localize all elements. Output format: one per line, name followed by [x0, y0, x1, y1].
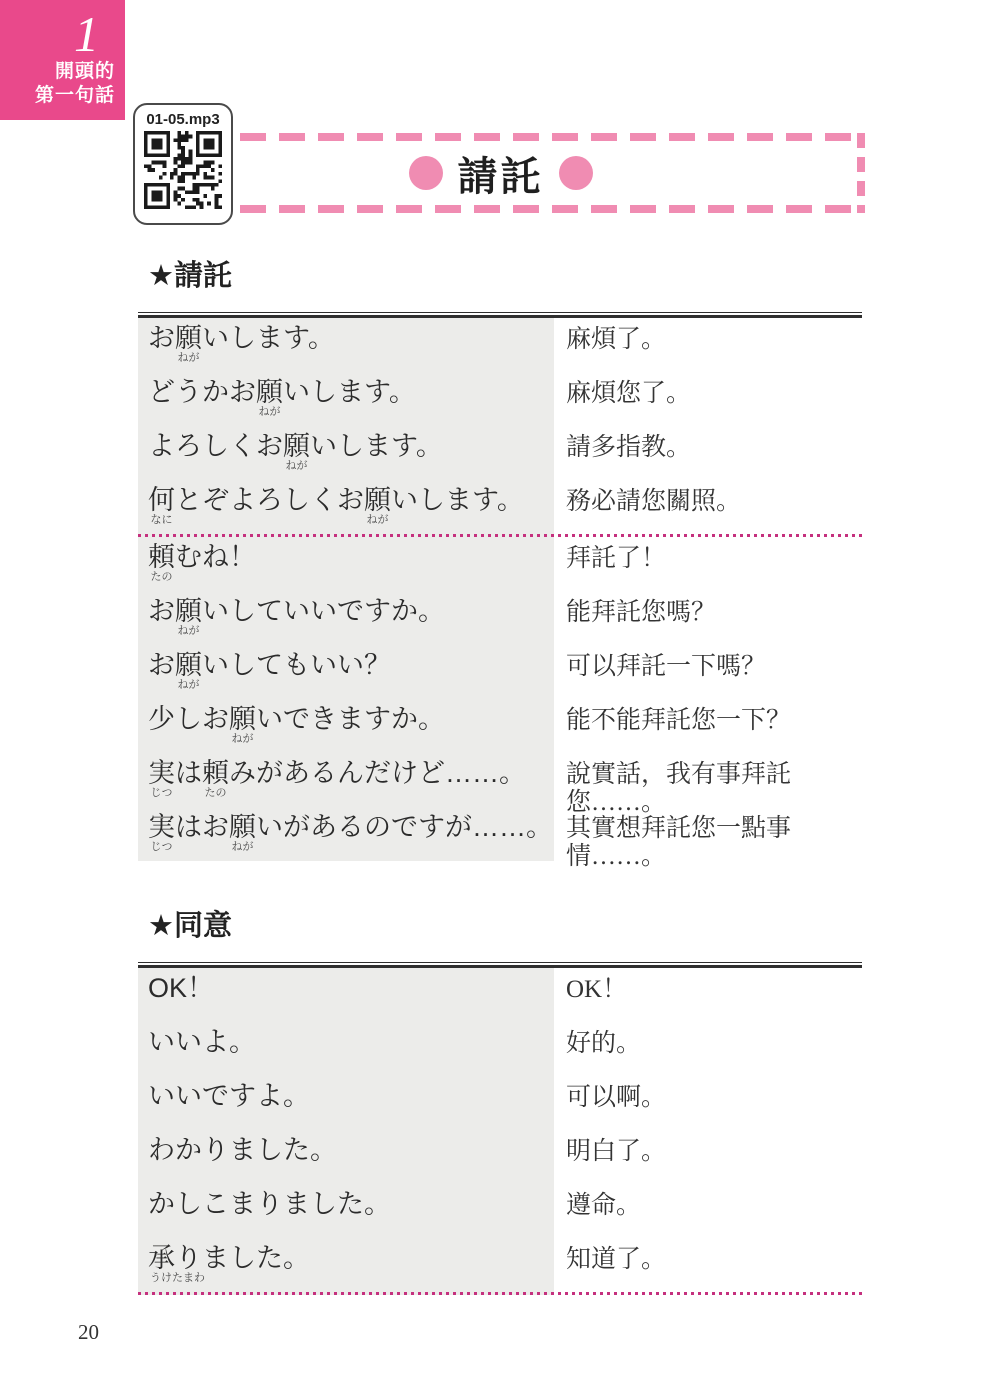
chinese-translation: 務必請您關照。 — [554, 480, 862, 534]
chinese-translation: 遵命。 — [554, 1184, 862, 1238]
phrase-row: わかりました。明白了。 — [138, 1130, 862, 1184]
phrase-row: いいですよ。可以啊。 — [138, 1076, 862, 1130]
chinese-translation: 請多指教。 — [554, 426, 862, 480]
chapter-title-line2: 第一句話 — [0, 84, 115, 108]
japanese-phrase: OK！ — [138, 968, 554, 1022]
section-header: ★同意 — [148, 910, 862, 942]
japanese-phrase: いいですよ。 — [138, 1076, 554, 1130]
audio-file-label: 01-05.mp3 — [135, 111, 231, 129]
lesson-title: 請託 — [192, 141, 809, 205]
japanese-phrase: 実じつは頼たのみがあるんだけど……。 — [138, 753, 554, 807]
phrase-table: OK！OK！いいよ。好的。いいですよ。可以啊。わかりました。明白了。かしこまりま… — [138, 968, 862, 1295]
japanese-phrase: どうかお願ねがいします。 — [138, 372, 554, 426]
chinese-translation: 麻煩您了。 — [554, 372, 862, 426]
japanese-phrase: 少しお願ねがいできますか。 — [138, 699, 554, 753]
furigana: じつ — [151, 841, 173, 853]
furigana: たの — [205, 787, 227, 799]
page-number: 20 — [78, 1320, 99, 1345]
chinese-translation: 麻煩了。 — [554, 318, 862, 372]
furigana: なに — [151, 514, 173, 526]
dashed-border-top — [240, 133, 865, 141]
chinese-translation: 拜託了！ — [554, 537, 862, 591]
japanese-phrase: かしこまりました。 — [138, 1184, 554, 1238]
phrase-row: 実じつはお願ねがいがあるのですが……。其實想拜託您一點事情……。 — [138, 807, 862, 861]
japanese-phrase: いいよ。 — [138, 1022, 554, 1076]
phrase-row: よろしくお願ねがいします。請多指教。 — [138, 426, 862, 480]
chapter-number: 1 — [0, 8, 115, 60]
furigana: じつ — [151, 787, 173, 799]
phrase-row: お願ねがいしてもいい？可以拜託一下嗎？ — [138, 645, 862, 699]
lesson-title-box: 請託 — [240, 133, 865, 213]
chinese-translation: 好的。 — [554, 1022, 862, 1076]
phrase-row: 承うけたまわりました。知道了。 — [138, 1238, 862, 1292]
phrase-row: いいよ。好的。 — [138, 1022, 862, 1076]
furigana: ねが — [178, 352, 200, 364]
phrase-row: お願ねがいします。麻煩了。 — [138, 318, 862, 372]
chinese-translation: 其實想拜託您一點事情……。 — [554, 807, 862, 861]
phrase-row: OK！OK！ — [138, 968, 862, 1022]
bullet-circle-icon — [559, 156, 593, 190]
furigana: うけたまわ — [150, 1272, 205, 1284]
chinese-translation: 可以啊。 — [554, 1076, 862, 1130]
japanese-phrase: お願ねがいしていいですか。 — [138, 591, 554, 645]
phrase-row: どうかお願ねがいします。麻煩您了。 — [138, 372, 862, 426]
phrase-row: 何なにとぞよろしくお願ねがいします。務必請您關照。 — [138, 480, 862, 534]
chinese-translation: 可以拜託一下嗎？ — [554, 645, 862, 699]
dashed-border-right — [857, 133, 865, 213]
japanese-phrase: 承うけたまわりました。 — [138, 1238, 554, 1292]
furigana: ねが — [367, 514, 389, 526]
furigana: たの — [151, 571, 173, 583]
japanese-phrase: お願ねがいします。 — [138, 318, 554, 372]
lesson-title-text: 請託 — [458, 145, 544, 202]
chinese-translation: 明白了。 — [554, 1130, 862, 1184]
phrase-table: お願ねがいします。麻煩了。どうかお願ねがいします。麻煩您了。よろしくお願ねがいし… — [138, 318, 862, 861]
chinese-translation: 能不能拜託您一下？ — [554, 699, 862, 753]
japanese-phrase: 何なにとぞよろしくお願ねがいします。 — [138, 480, 554, 534]
bullet-circle-icon — [409, 156, 443, 190]
furigana: ねが — [178, 679, 200, 691]
japanese-phrase: お願ねがいしてもいい？ — [138, 645, 554, 699]
section-agreement: ★同意 OK！OK！いいよ。好的。いいですよ。可以啊。わかりました。明白了。かし… — [138, 910, 862, 1295]
section-header: ★請託 — [148, 260, 862, 292]
furigana: ねが — [259, 406, 281, 418]
phrase-row: 実じつは頼たのみがあるんだけど……。說實話，我有事拜託您……。 — [138, 753, 862, 807]
chinese-translation: 說實話，我有事拜託您……。 — [554, 753, 862, 807]
dotted-divider — [138, 1292, 862, 1295]
japanese-phrase: 頼たのむね！ — [138, 537, 554, 591]
chinese-translation: OK！ — [554, 968, 862, 1022]
section-request: ★請託 お願ねがいします。麻煩了。どうかお願ねがいします。麻煩您了。よろしくお願… — [138, 260, 862, 861]
phrase-row: お願ねがいしていいですか。能拜託您嗎？ — [138, 591, 862, 645]
furigana: ねが — [232, 841, 254, 853]
chinese-translation: 知道了。 — [554, 1238, 862, 1292]
furigana: ねが — [286, 460, 308, 472]
book-page: 1 開頭的 第一句話 01-05.mp3 請託 ★請託 お願ねがいします。麻煩了… — [0, 0, 1000, 1400]
chapter-title-line1: 開頭的 — [0, 60, 115, 84]
phrase-row: 少しお願ねがいできますか。能不能拜託您一下？ — [138, 699, 862, 753]
chinese-translation: 能拜託您嗎？ — [554, 591, 862, 645]
furigana: ねが — [232, 733, 254, 745]
japanese-phrase: わかりました。 — [138, 1130, 554, 1184]
japanese-phrase: 実じつはお願ねがいがあるのですが……。 — [138, 807, 554, 861]
japanese-phrase: よろしくお願ねがいします。 — [138, 426, 554, 480]
phrase-row: かしこまりました。遵命。 — [138, 1184, 862, 1238]
phrase-row: 頼たのむね！拜託了！ — [138, 537, 862, 591]
furigana: ねが — [178, 625, 200, 637]
dashed-border-bottom — [240, 205, 865, 213]
chapter-tab: 1 開頭的 第一句話 — [0, 0, 125, 120]
